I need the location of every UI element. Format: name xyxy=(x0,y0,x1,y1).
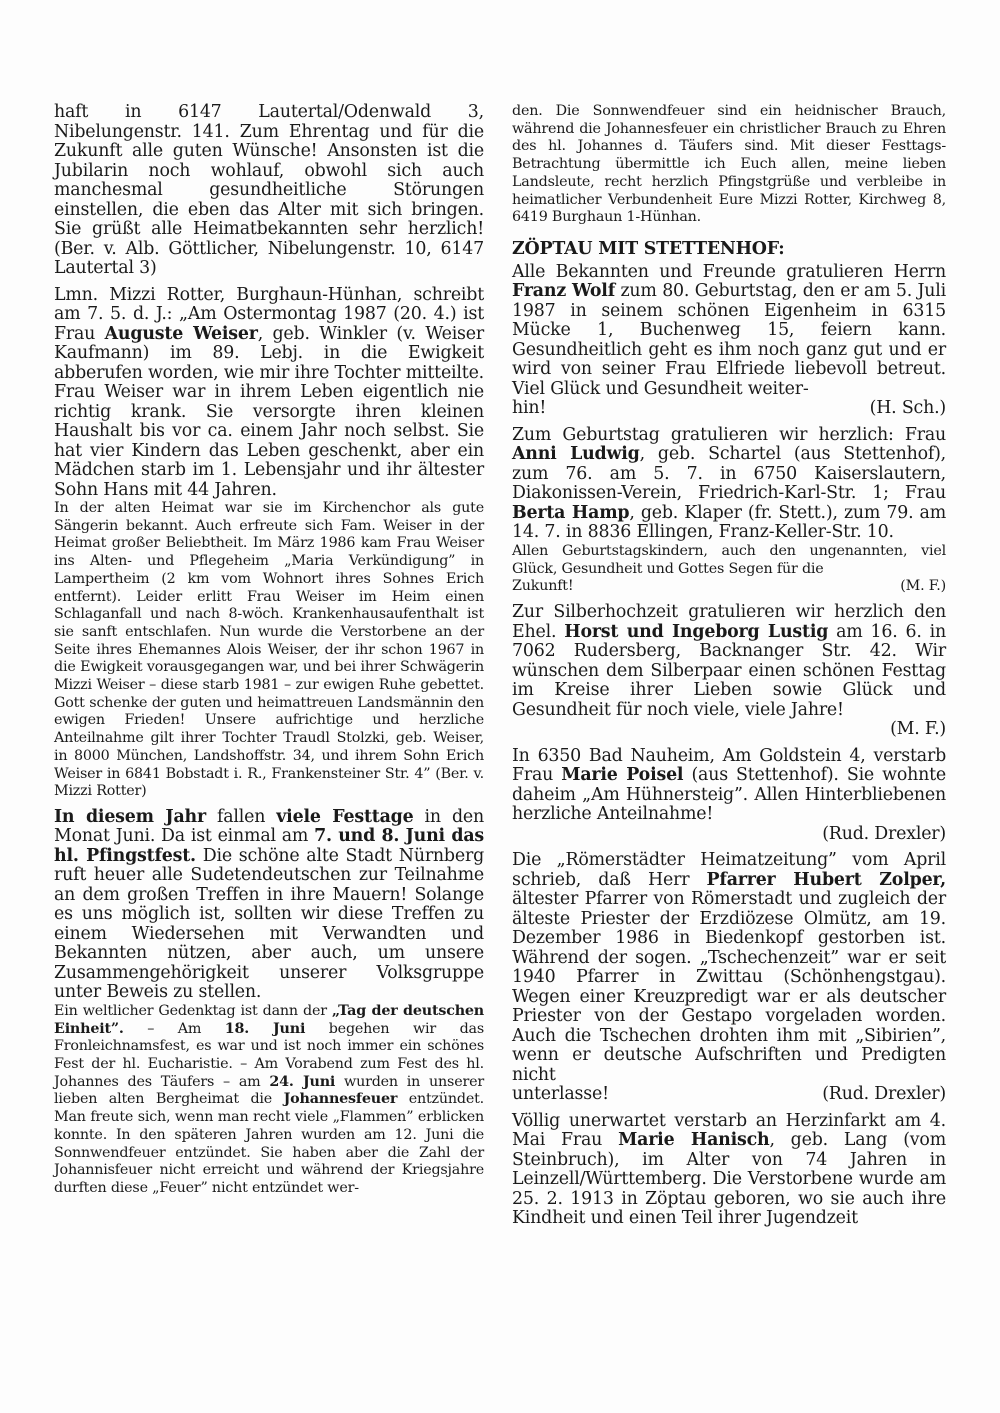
article-paragraph: Alle Bekannten und Freunde gratulieren H… xyxy=(512,263,946,400)
article-paragraph: haft in 6147 Lautertal/Odenwald 3, Nibel… xyxy=(54,103,484,279)
bold-name: In diesem Jahr xyxy=(54,807,206,827)
article-paragraph: Allen Geburtstagskindern, auch den ungen… xyxy=(512,543,946,578)
bold-name: 18. Juni xyxy=(225,1021,305,1037)
bold-name: Pfarrer Hubert Zolper, xyxy=(707,870,946,890)
bold-name: Marie Hanisch xyxy=(618,1130,769,1150)
left-column: haft in 6147 Lautertal/Odenwald 3, Nibel… xyxy=(54,103,484,1198)
signature-line: Zukunft!(M. F.) xyxy=(512,578,946,596)
text-run: ältester Pfarrer von Römerstadt und zugl… xyxy=(512,889,946,1085)
author-signature: (Rud. Drexler) xyxy=(822,1085,946,1105)
article-paragraph: In 6350 Bad Nauheim, Am Goldstein 4, ver… xyxy=(512,747,946,825)
author-signature: (M. F.) xyxy=(900,578,946,596)
line-end: hin! xyxy=(512,399,546,419)
right-column: den. Die Sonnwendfeuer sind ein heidnisc… xyxy=(512,103,946,1229)
article-paragraph: In der alten Heimat war sie im Kirchench… xyxy=(54,500,484,801)
newspaper-page: haft in 6147 Lautertal/Odenwald 3, Nibel… xyxy=(0,0,1000,1413)
section-heading: ZÖPTAU MIT STETTENHOF: xyxy=(512,239,946,259)
line-end: unterlasse! xyxy=(512,1085,609,1105)
article-paragraph: In diesem Jahr fallen viele Festtage in … xyxy=(54,808,484,1003)
signature-line: unterlasse!(Rud. Drexler) xyxy=(512,1085,946,1105)
author-signature: (M. F.) xyxy=(512,720,946,740)
signature-line: hin!(H. Sch.) xyxy=(512,399,946,419)
bold-name: 24. Juni xyxy=(269,1074,335,1090)
text-run: Ein weltlicher Gedenktag ist dann der xyxy=(54,1003,332,1019)
article-paragraph: Lmn. Mizzi Rotter, Burghaun-Hünhan, schr… xyxy=(54,286,484,501)
text-run: Zum Geburtstag gratulieren wir herzlich:… xyxy=(512,425,946,445)
article-paragraph: Zum Geburtstag gratulieren wir herzlich:… xyxy=(512,426,946,543)
text-run: den. Die Sonnwendfeuer sind ein heidnisc… xyxy=(512,103,946,225)
bold-name: Johannesfeuer xyxy=(284,1091,398,1107)
article-paragraph: Völlig unerwartet verstarb an Herzinfark… xyxy=(512,1112,946,1229)
bold-name: Berta Hamp xyxy=(512,503,629,523)
article-paragraph: Die „Römerstädter Heimatzeitung” vom Apr… xyxy=(512,851,946,1085)
text-run: Alle Bekannten und Freunde gratulieren H… xyxy=(512,262,946,282)
text-run: In der alten Heimat war sie im Kirchench… xyxy=(54,500,484,799)
text-run: haft in 6147 Lautertal/Odenwald 3, Nibel… xyxy=(54,102,484,278)
text-run: – Am xyxy=(124,1021,225,1037)
article-paragraph: Zur Silberhochzeit gratulieren wir herzl… xyxy=(512,603,946,720)
author-signature: (Rud. Drexler) xyxy=(512,825,946,845)
text-run: Die schöne alte Stadt Nürnberg ruft heue… xyxy=(54,846,484,1003)
text-run: , geb. Winkler (v. Weiser Kaufmann) im 8… xyxy=(54,324,484,500)
intro-paragraph: den. Die Sonnwendfeuer sind ein heidnisc… xyxy=(512,103,946,227)
line-end: Zukunft! xyxy=(512,578,573,596)
bold-name: Marie Poisel xyxy=(561,765,683,785)
author-signature: (H. Sch.) xyxy=(870,399,946,419)
bold-name: viele Festtage xyxy=(276,807,413,827)
bold-name: Franz Wolf xyxy=(512,281,615,301)
text-run: fallen xyxy=(206,807,276,827)
bold-name: Anni Ludwig xyxy=(512,444,640,464)
article-paragraph: Ein weltlicher Gedenktag ist dann der „T… xyxy=(54,1003,484,1198)
bold-name: Auguste Weiser xyxy=(105,324,258,344)
bold-name: Horst und Ingeborg Lustig xyxy=(564,622,828,642)
text-run: Allen Geburtstagskindern, auch den ungen… xyxy=(512,543,946,577)
